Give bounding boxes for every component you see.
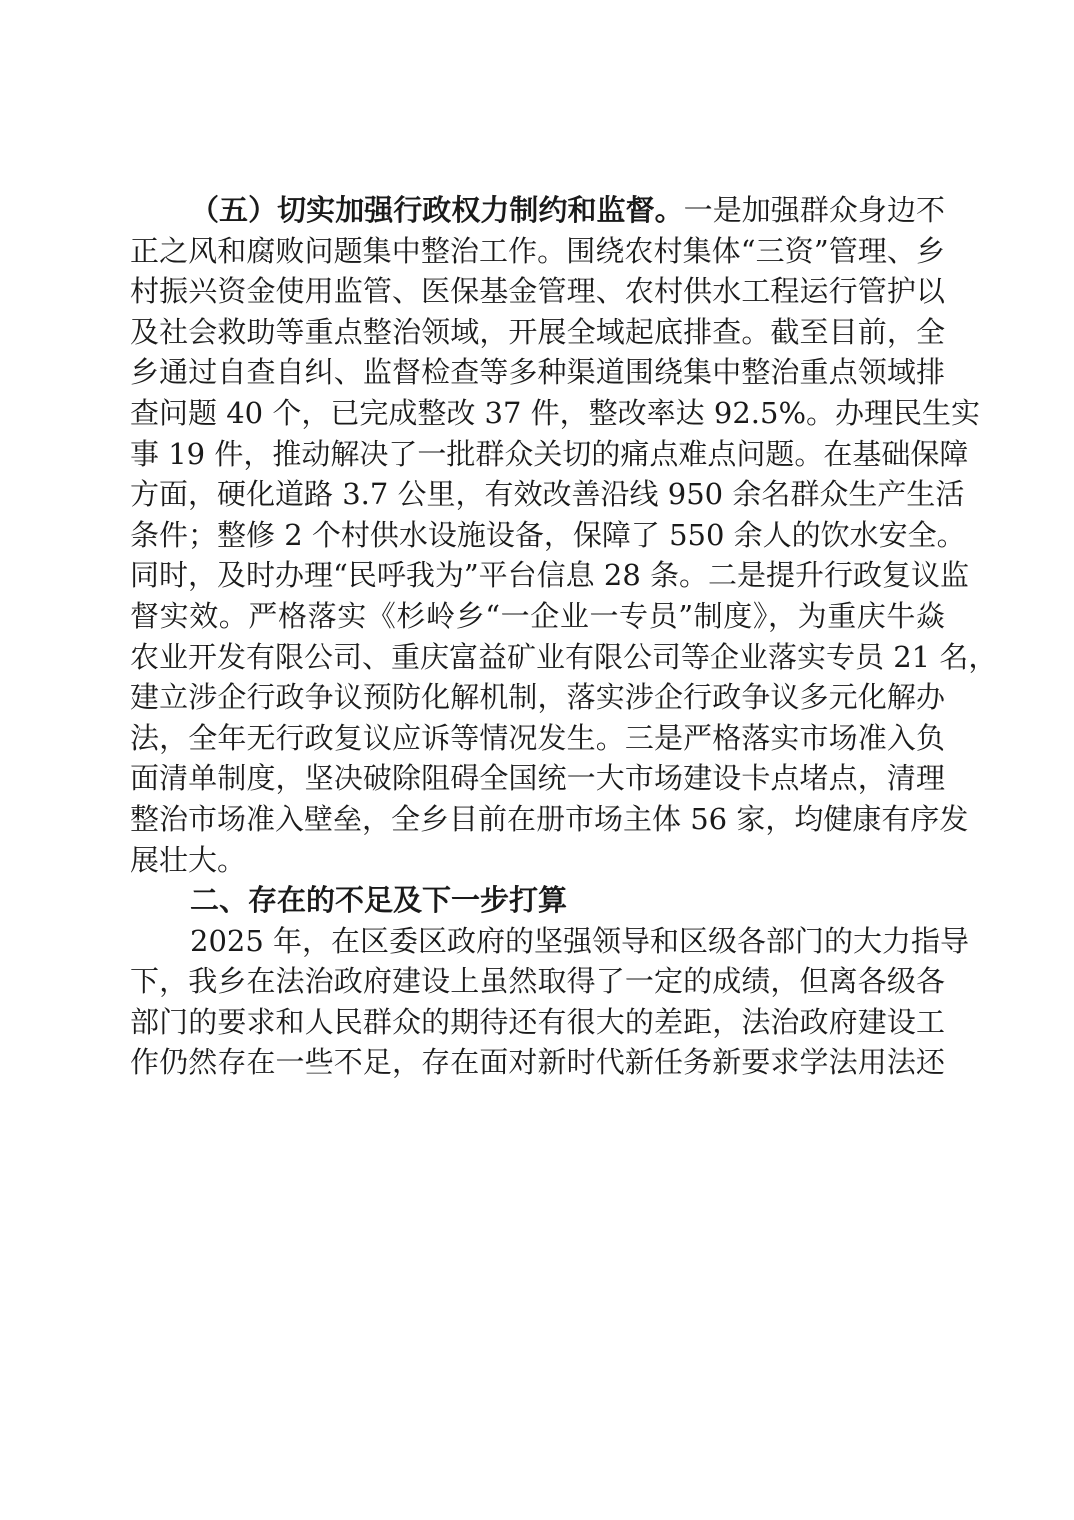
paragraph-line: 查问题 40 个，已完成整改 37 件，整改率达 92.5%。办理民生实 — [130, 393, 945, 434]
paragraph-line: 督实效。严格落实《杉岭乡“一企业一专员”制度》，为重庆牛焱 — [130, 596, 945, 637]
section-title: （五）切实加强行政权力制约和监督。 — [190, 193, 684, 227]
paragraph-line: 下，我乡在法治政府建设上虽然取得了一定的成绩，但离各级各 — [130, 961, 945, 1002]
paragraph-line: 2025 年，在区委区政府的坚强领导和区级各部门的大力指导 — [130, 921, 945, 962]
paragraph-line: 方面，硬化道路 3.7 公里，有效改善沿线 950 余名群众生产生活 — [130, 474, 945, 515]
paragraph-line: 乡通过自查自纠、监督检查等多种渠道围绕集中整治重点领域排 — [130, 352, 945, 393]
paragraph-line: 展壮大。 — [130, 840, 945, 881]
section-heading: 二、存在的不足及下一步打算 — [130, 880, 945, 921]
paragraph-line: 面清单制度，坚决破除阻碍全国统一大市场建设卡点堵点，清理 — [130, 758, 945, 799]
paragraph-line: 建立涉企行政争议预防化解机制，落实涉企行政争议多元化解办 — [130, 677, 945, 718]
paragraph-line: 同时，及时办理“民呼我为”平台信息 28 条。二是提升行政复议监 — [130, 555, 945, 596]
paragraph-text: 一是加强群众身边不 — [684, 193, 945, 227]
paragraph-line: 事 19 件，推动解决了一批群众关切的痛点难点问题。在基础保障 — [130, 434, 945, 475]
paragraph-line: 部门的要求和人民群众的期待还有很大的差距，法治政府建设工 — [130, 1002, 945, 1043]
paragraph-line: 作仍然存在一些不足，存在面对新时代新任务新要求学法用法还 — [130, 1042, 945, 1083]
paragraph-line: 及社会救助等重点整治领域，开展全域起底排查。截至目前，全 — [130, 312, 945, 353]
paragraph-line: 法，全年无行政复议应诉等情况发生。三是严格落实市场准入负 — [130, 718, 945, 759]
paragraph-line: 正之风和腐败问题集中整治工作。围绕农村集体“三资”管理、乡 — [130, 231, 945, 272]
document-page: （五）切实加强行政权力制约和监督。一是加强群众身边不 正之风和腐败问题集中整治工… — [130, 190, 945, 1083]
paragraph-line: 农业开发有限公司、重庆富益矿业有限公司等企业落实专员 21 名， — [130, 637, 945, 678]
paragraph-line: （五）切实加强行政权力制约和监督。一是加强群众身边不 — [130, 190, 945, 231]
paragraph-line: 整治市场准入壁垒，全乡目前在册市场主体 56 家，均健康有序发 — [130, 799, 945, 840]
paragraph-line: 村振兴资金使用监管、医保基金管理、农村供水工程运行管护以 — [130, 271, 945, 312]
paragraph-line: 条件；整修 2 个村供水设施设备，保障了 550 余人的饮水安全。 — [130, 515, 945, 556]
